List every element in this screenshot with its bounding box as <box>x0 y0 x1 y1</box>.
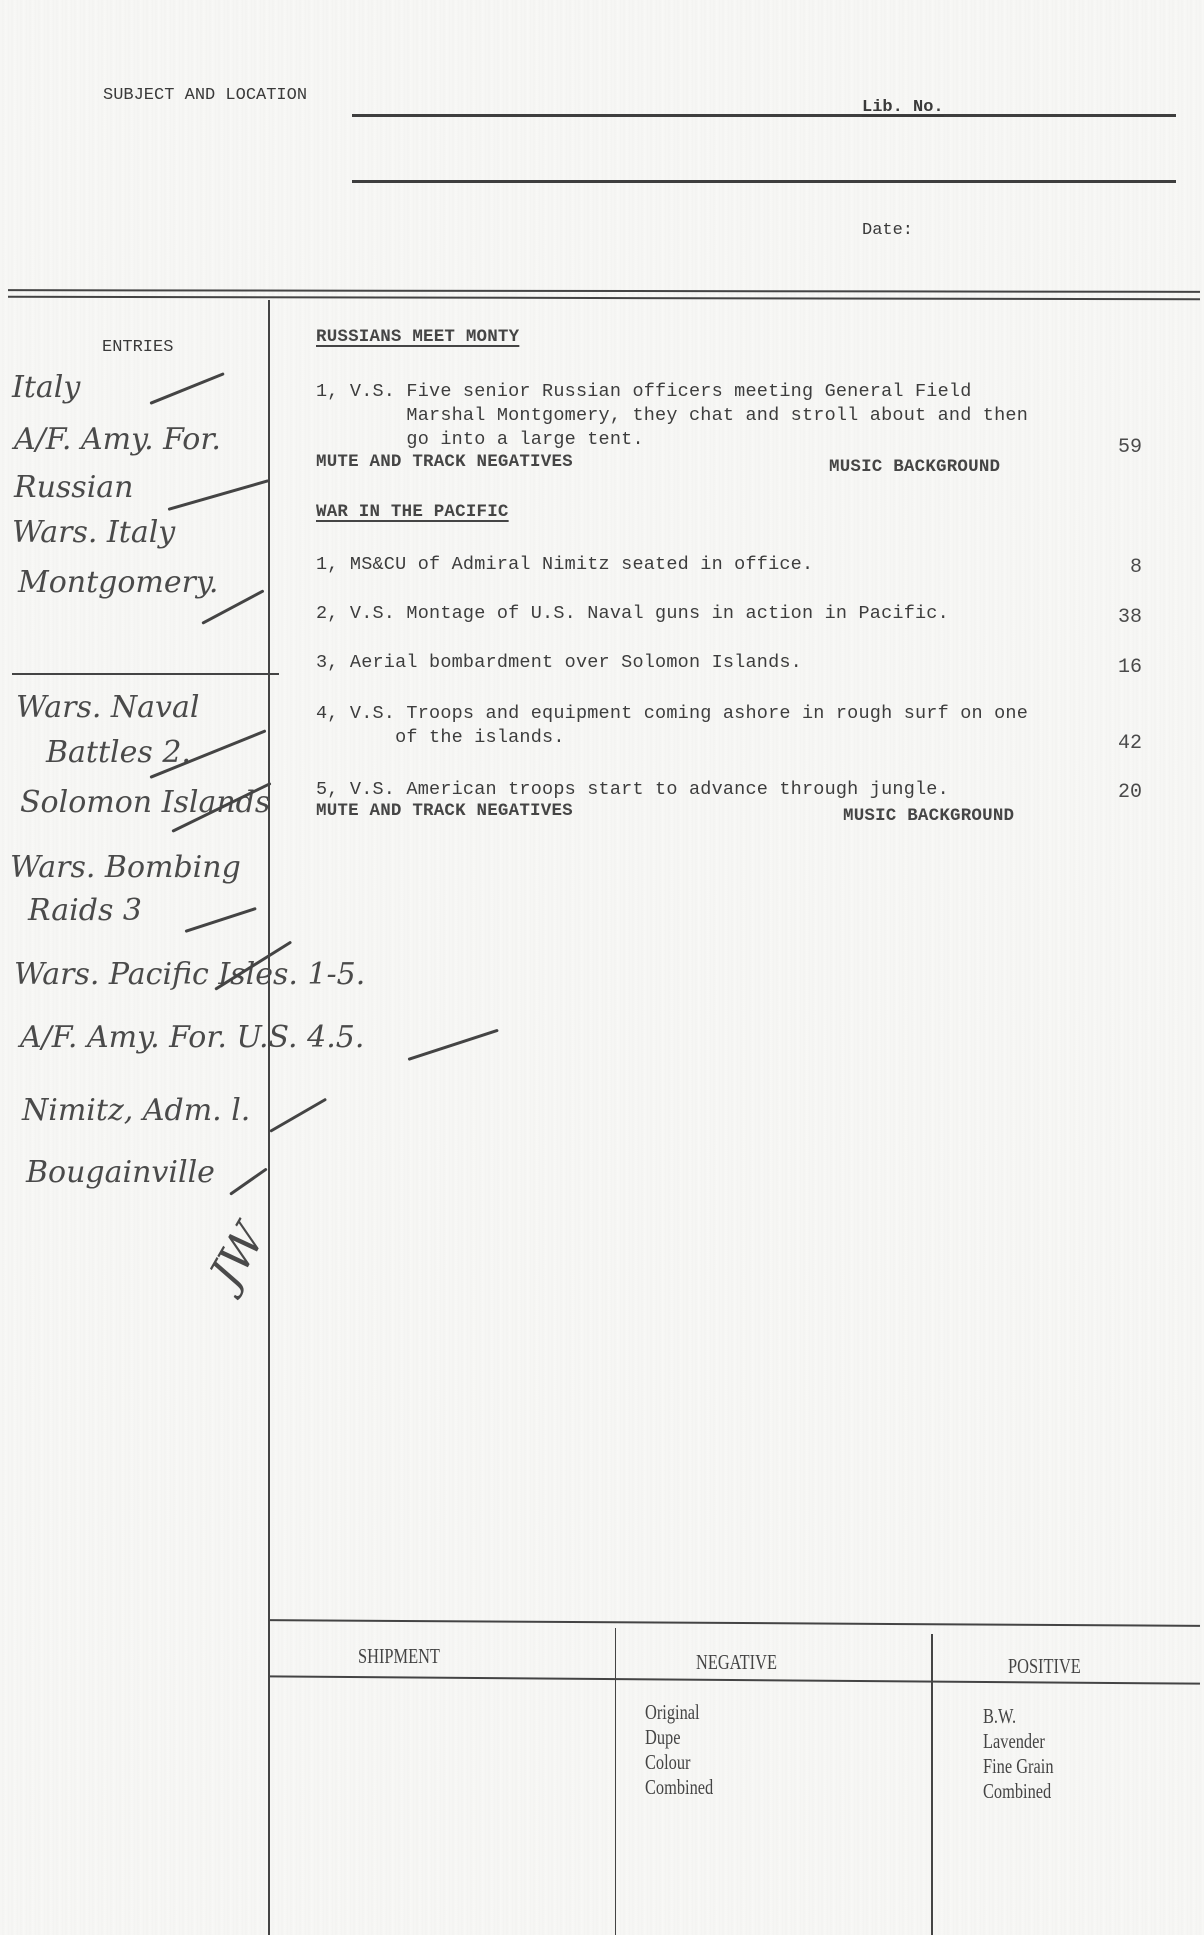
entry-item: Wars. Bombing <box>10 850 241 885</box>
story-title: WAR IN THE PACIFIC <box>316 502 509 522</box>
entry-item: A/F. Amy. For. <box>14 422 221 457</box>
entry-item: Bougainville <box>26 1155 215 1190</box>
entry-item: Battles 2. <box>46 735 191 770</box>
footage-count: 38 <box>1102 606 1142 629</box>
footage-count: 20 <box>1102 781 1142 804</box>
entry-item: Russian <box>14 470 134 505</box>
shot-line: of the islands. <box>316 727 565 748</box>
positive-option: Combined <box>983 1779 1051 1804</box>
entry-item: Raids 3 <box>28 893 142 928</box>
entry-item: Wars. Naval <box>16 690 200 725</box>
positive-option: B.W. <box>983 1704 1016 1729</box>
negative-header: NEGATIVE <box>696 1650 777 1675</box>
shipment-header: SHIPMENT <box>358 1644 440 1669</box>
entry-item: Wars. Italy <box>12 515 175 550</box>
initials-signature: JW <box>200 1216 276 1296</box>
check-mark-icon <box>408 1029 499 1061</box>
negatives-note: MUTE AND TRACK NEGATIVES <box>316 452 573 472</box>
shot-line: 3, Aerial bombardment over Solomon Islan… <box>316 652 802 673</box>
subject-location-label: SUBJECT AND LOCATION <box>103 86 307 105</box>
check-mark-icon <box>168 479 270 511</box>
footage-count: 8 <box>1102 556 1142 579</box>
subject-line-1 <box>352 114 1176 117</box>
shot-line: 4, V.S. Troops and equipment coming asho… <box>316 703 1028 724</box>
entries-group-divider <box>12 673 279 675</box>
negative-option: Combined <box>645 1775 713 1800</box>
entry-item: Montgomery. <box>18 565 218 600</box>
header-divider-top <box>8 289 1200 293</box>
check-mark-icon <box>229 1167 268 1195</box>
footage-count: 42 <box>1102 732 1142 755</box>
story-title: RUSSIANS MEET MONTY <box>316 327 519 347</box>
sound-note: MUSIC BACKGROUND <box>843 806 1014 826</box>
check-mark-icon <box>269 1098 327 1133</box>
entry-item: A/F. Amy. For. U.S. 4.5. <box>20 1020 364 1055</box>
header-divider-bottom <box>8 296 1200 300</box>
negative-option: Colour <box>645 1750 691 1775</box>
entries-column-divider <box>268 300 270 1935</box>
shot-line: 1, V.S. Five senior Russian officers mee… <box>316 381 972 402</box>
positive-header: POSITIVE <box>1008 1654 1081 1679</box>
footer-col-divider-1 <box>615 1628 616 1935</box>
negatives-note: MUTE AND TRACK NEGATIVES <box>316 801 573 821</box>
footer-col-divider-2 <box>931 1634 933 1935</box>
negative-option: Original <box>645 1700 700 1725</box>
date-label: Date: <box>862 221 913 240</box>
lib-no-label: Lib. No. <box>862 98 944 117</box>
shot-line: 1, MS&CU of Admiral Nimitz seated in off… <box>316 554 813 575</box>
footer-table-top-rule <box>268 1619 1200 1627</box>
footage-count: 16 <box>1102 656 1142 679</box>
entry-item: Wars. Pacific Isles. 1-5. <box>14 957 365 992</box>
check-mark-icon <box>185 907 257 933</box>
check-mark-icon <box>149 372 224 405</box>
footage-count: 59 <box>1102 436 1142 459</box>
subject-line-2 <box>352 180 1176 183</box>
positive-option: Lavender <box>983 1729 1045 1754</box>
film-record-sheet: SUBJECT AND LOCATION Lib. No. Date: ENTR… <box>0 0 1204 1935</box>
shot-line: 2, V.S. Montage of U.S. Naval guns in ac… <box>316 603 949 624</box>
positive-option: Fine Grain <box>983 1754 1054 1779</box>
shot-line: Marshal Montgomery, they chat and stroll… <box>316 405 1028 426</box>
entries-heading: ENTRIES <box>102 338 173 357</box>
shot-line: go into a large tent. <box>316 429 644 450</box>
sound-note: MUSIC BACKGROUND <box>829 457 1000 477</box>
entry-item: Italy <box>12 370 80 405</box>
shot-line: 5, V.S. American troops start to advance… <box>316 779 949 800</box>
negative-option: Dupe <box>645 1725 680 1750</box>
entry-item: Nimitz, Adm. l. <box>22 1093 250 1128</box>
